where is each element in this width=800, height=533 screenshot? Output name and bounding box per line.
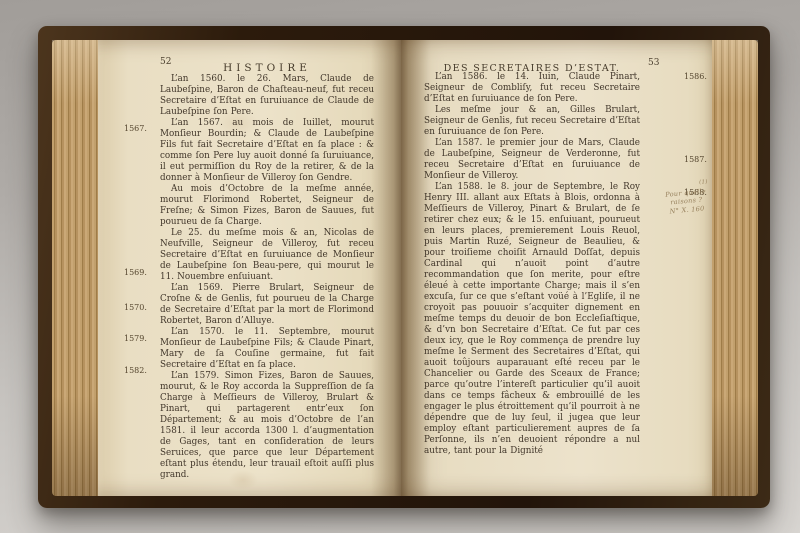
page-block: 52 HISTOIRE 1567. 1569. 1570. 1579. 1582… bbox=[52, 40, 758, 496]
left-page-header: 52 HISTOIRE bbox=[160, 56, 374, 70]
page-edges-left bbox=[52, 40, 98, 496]
paragraph: L’an 1586. le 14. Iuin, Claude Pinart, S… bbox=[424, 72, 640, 105]
margin-year: 1570. bbox=[124, 303, 147, 312]
left-page-number: 52 bbox=[160, 57, 171, 67]
paragraph: L’an 1587. le premier jour de Mars, Clau… bbox=[424, 138, 640, 182]
paragraph: L’an 1567. au mois de Iuillet, mourut Mo… bbox=[160, 118, 374, 184]
paragraph: L’an 1569. Pierre Brulart, Seigneur de C… bbox=[160, 283, 374, 327]
paragraph: L’an 1560. le 26. Mars, Claude de Laubeſ… bbox=[160, 74, 374, 118]
open-book: 52 HISTOIRE 1567. 1569. 1570. 1579. 1582… bbox=[38, 26, 770, 508]
left-page-text: L’an 1560. le 26. Mars, Claude de Laubeſ… bbox=[160, 74, 374, 481]
right-page-number: 53 bbox=[648, 58, 659, 68]
handwritten-marginalia: (1) Pour quelle raisons ? N° X. 160 bbox=[656, 178, 717, 217]
paragraph: Au mois d’Octobre de la meſme année, mou… bbox=[160, 184, 374, 228]
margin-year: 1587. bbox=[684, 155, 707, 164]
margin-year: 1569. bbox=[124, 268, 147, 277]
right-page: DES SECRETAIRES D’ESTAT. 53 1586. 1587. … bbox=[401, 40, 712, 496]
margin-year: 1582. bbox=[124, 366, 147, 375]
page-edges-right bbox=[712, 40, 758, 496]
left-running-title: HISTOIRE bbox=[223, 62, 311, 74]
paragraph: Le 25. du meſme mois & an, Nicolas de Ne… bbox=[160, 228, 374, 283]
margin-year: 1579. bbox=[124, 334, 147, 343]
left-page: 52 HISTOIRE 1567. 1569. 1570. 1579. 1582… bbox=[98, 40, 401, 496]
margin-year: 1586. bbox=[684, 72, 707, 81]
paragraph: Les meſme jour & an, Gilles Brulart, Sei… bbox=[424, 105, 640, 138]
right-page-text: L’an 1586. le 14. Iuin, Claude Pinart, S… bbox=[424, 72, 640, 457]
photo-background: 52 HISTOIRE 1567. 1569. 1570. 1579. 1582… bbox=[0, 0, 800, 533]
margin-year: 1567. bbox=[124, 124, 147, 133]
right-page-header: DES SECRETAIRES D’ESTAT. 53 bbox=[424, 56, 640, 70]
paragraph: L’an 1588. le 8. jour de Septembre, le R… bbox=[424, 182, 640, 457]
paragraph: L’an 1570. le 11. Septembre, mourut Monſ… bbox=[160, 327, 374, 371]
paragraph: L’an 1579. Simon Fizes, Baron de Sauues,… bbox=[160, 371, 374, 481]
